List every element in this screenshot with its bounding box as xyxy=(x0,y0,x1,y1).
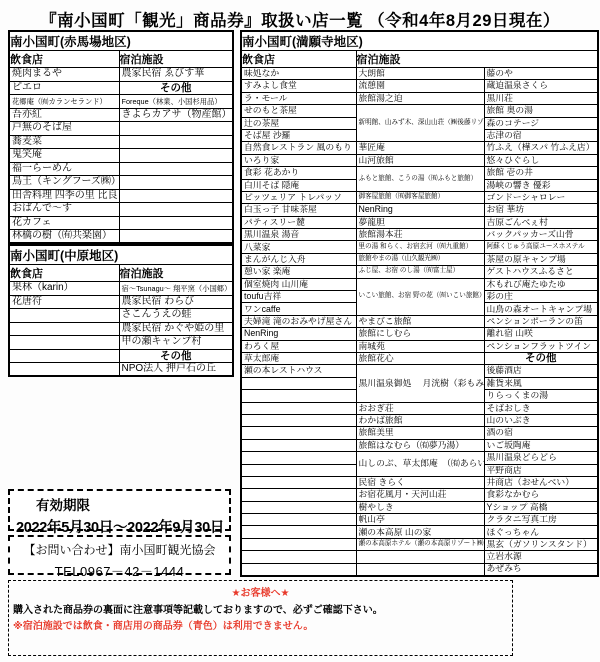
store-name-cell: 旅館 壱の井 xyxy=(484,167,598,179)
store-name-cell: 八菜家 xyxy=(241,241,356,253)
table-row: 旅館美里酒の宿 xyxy=(241,427,598,439)
store-name-cell: 憩い家 楽庵 xyxy=(241,266,356,278)
store-name-cell: わろく屋 xyxy=(241,340,356,352)
table-row: わろく屋南城苑ペンションフラットツイン xyxy=(241,340,598,352)
other-subheader: その他 xyxy=(119,349,233,363)
store-name-cell: 悠々ひぐらし xyxy=(484,154,598,166)
table-row: ラ・モール旅館湯之迫黒川荘 xyxy=(241,92,598,104)
column-header-restaurant: 飲食店 xyxy=(9,265,119,282)
store-name-cell: 茶屋の原キャンプ場 xyxy=(484,253,598,265)
store-name-cell: 農家民宿 わらび xyxy=(119,295,233,309)
store-name-cell xyxy=(356,551,484,563)
store-name-cell: 立岩水源 xyxy=(484,551,598,563)
store-name-cell xyxy=(119,203,233,217)
store-name-cell: パティスリー麓 xyxy=(241,216,356,228)
store-name-cell: ふもと旅館、こうの湯（㈲ふもと旅館） xyxy=(356,167,484,192)
store-name-cell: NenRing xyxy=(241,328,356,340)
store-name-cell: 民宿 きらく xyxy=(356,476,484,488)
notice-header: ★お客様へ★ xyxy=(9,584,512,599)
table-row: 福一らーめん xyxy=(9,162,233,176)
store-name-cell: 果林（karin） xyxy=(9,282,119,296)
store-name-cell: まんがんじ入舟 xyxy=(241,253,356,265)
store-name-cell xyxy=(119,162,233,176)
store-name-cell xyxy=(241,538,356,550)
store-name-cell xyxy=(119,149,233,163)
store-name-cell: 黒玄（ガソリンスタンド） xyxy=(484,538,598,550)
store-name-cell: 樹やしき xyxy=(356,501,484,513)
store-name-cell: クラタニ写真工房 xyxy=(484,514,598,526)
table-row: 瀬の本高原 山の家ほぐっちゃん xyxy=(241,526,598,538)
store-name-cell: 彩の庄 xyxy=(484,291,598,303)
table-row: 瀬の本高原ホテル（瀬の本高原リゾート㈱）黒玄（ガソリンスタンド） xyxy=(241,538,598,550)
store-name-cell: 南城苑 xyxy=(356,340,484,352)
document-page: 『南小国町「観光」商品券』取扱い店一覧 （令和4年8月29日現在） 南小国町(赤… xyxy=(0,0,600,662)
store-name-cell: 竹ふえ（樺スパ 竹ふえ店） xyxy=(484,142,598,154)
contact-phone: TEL0967－42－1444 xyxy=(10,561,229,580)
store-name-cell xyxy=(119,189,233,203)
store-name-cell: 食彩 花あかり xyxy=(241,167,356,179)
store-name-cell xyxy=(241,402,356,414)
customer-notice-box: ★お客様へ★ 購入された商品券の裏面に注意事項等記載しておりますので、必ずご確認… xyxy=(8,580,513,656)
store-name-cell: 白玉っ子 甘味茶屋 xyxy=(241,204,356,216)
table-row: まんがんじ入舟旅館やまの湯（山久観光㈱）茶屋の原キャンプ場 xyxy=(241,253,598,265)
table-row: 花カフェ xyxy=(9,216,233,230)
other-subheader: その他 xyxy=(119,81,233,95)
store-name-cell: いこい旅館、お宿 野の花（㈲いこい旅館） xyxy=(356,278,484,315)
column-header-row: 飲食店 宿泊施設 xyxy=(9,265,233,282)
table-row: ピッツェリア トレパッソ御客屋旅館（㈲御客屋旅館）ゴンドーシャロレー xyxy=(241,191,598,203)
region-header-row: 南小国町(赤馬場地区) xyxy=(9,31,233,51)
store-name-cell: 木もれび庵たゆたゆ xyxy=(484,278,598,290)
store-name-cell: 帆山亭 xyxy=(356,514,484,526)
store-name-cell xyxy=(241,377,356,389)
store-name-cell: ペンションポーランの笛 xyxy=(484,315,598,327)
store-name-cell: 花郷庵（㈲カランセランド） xyxy=(9,95,119,109)
table-row: 山しのぶ、草太郎庵 （㈲あらい）黒川温泉どらどら xyxy=(241,452,598,464)
store-name-cell: ゴンドーシャロレー xyxy=(484,191,598,203)
store-name-cell xyxy=(9,322,119,336)
store-name-cell xyxy=(119,122,233,136)
store-name-cell: 黒川荘 xyxy=(484,92,598,104)
store-name-cell: 山のいぶき xyxy=(484,414,598,426)
page-title: 『南小国町「観光」商品券』取扱い店一覧 （令和4年8月29日現在） xyxy=(0,7,600,31)
store-name-cell: おおぎ荘 xyxy=(356,402,484,414)
column-header-lodging: 宿泊施設 xyxy=(356,51,598,68)
column-header-lodging: 宿泊施設 xyxy=(119,51,233,68)
store-name-cell: ふじ屋、お宿 のし湯（㈲富士屋） xyxy=(356,266,484,278)
store-name-cell xyxy=(356,563,484,575)
table-row: いろり家山河旅館悠々ひぐらし xyxy=(241,154,598,166)
store-name-cell: 大朗館 xyxy=(356,68,484,80)
table-akabanba-district: 南小国町(赤馬場地区) 飲食店 宿泊施設 焼肉まるや農家民宿 ゑびす華ピエロその… xyxy=(8,30,234,244)
store-name-cell: 瀬の本レストハウス xyxy=(241,365,356,377)
store-name-cell: 吾亦紅 xyxy=(9,108,119,122)
store-name-cell: ピッツェリア トレパッソ xyxy=(241,191,356,203)
store-name-cell xyxy=(241,476,356,488)
column-header-row: 飲食店 宿泊施設 xyxy=(241,51,598,68)
store-name-cell xyxy=(241,464,356,476)
table-row: 八菜家里の湯 和らく、お宿玄河（㈲九重館）阿蘇くじゅう高原ユースホステル xyxy=(241,241,598,253)
contact-box: 【お問い合わせ】南小国町観光協会 TEL0967－42－1444 xyxy=(8,535,231,575)
table-nakabaru-district: 南小国町(中原地区) 飲食店 宿泊施設 果林（karin）宿～Tsunagu～ … xyxy=(8,244,234,377)
store-name-cell xyxy=(241,526,356,538)
store-name-cell: 井商店（おせんべい） xyxy=(484,476,598,488)
store-name-cell: 藤のや xyxy=(484,68,598,80)
store-name-cell: 食彩なかむら xyxy=(484,489,598,501)
region-header: 南小国町(満願寺地区) xyxy=(241,31,598,51)
store-name-cell: 離れ宿 山咲 xyxy=(484,328,598,340)
table-row: 立岩水源 xyxy=(241,551,598,563)
table-row: 戸無のそば屋 xyxy=(9,122,233,136)
store-name-cell xyxy=(119,216,233,230)
store-name-cell: 農家民宿 かぐや姫の里 xyxy=(119,322,233,336)
table-row: 農家民宿 かぐや姫の里 xyxy=(9,322,233,336)
table-row: その他 xyxy=(9,349,233,363)
table-row: 花郷庵（㈲カランセランド）Foreque（林業、小国杉用品） xyxy=(9,95,233,109)
table-row: 甲の瀬キャンプ村 xyxy=(9,336,233,350)
validity-period-box: 有効期限 2022年5月30日～2022年9月30日 xyxy=(8,489,231,531)
table-row: NPO法人 押戸石の丘 xyxy=(9,363,233,377)
store-name-cell: 花カフェ xyxy=(9,216,119,230)
store-name-cell: NenRing xyxy=(356,204,484,216)
table-row: おおぎ荘そばおしき xyxy=(241,402,598,414)
region-header: 南小国町(赤馬場地区) xyxy=(9,31,233,51)
store-name-cell: 華匠庵 xyxy=(356,142,484,154)
store-name-cell: 農家民宿 ゑびす華 xyxy=(119,68,233,82)
table-row: NenRing旅館にしむら離れ宿 山咲 xyxy=(241,328,598,340)
store-name-cell: いご坂陶庵 xyxy=(484,439,598,451)
store-name-cell xyxy=(241,489,356,501)
store-name-cell: 個室焼肉 山川庵 xyxy=(241,278,356,290)
table-row: あぜみち xyxy=(241,563,598,575)
table-row: 田舎料理 四季の里 比良 xyxy=(9,189,233,203)
table-row: お宿花風月・天河山荘食彩なかむら xyxy=(241,489,598,501)
column-header-row: 飲食店 宿泊施設 xyxy=(9,51,233,68)
store-name-cell: NPO法人 押戸石の丘 xyxy=(119,363,233,377)
store-name-cell: 旅館にしむら xyxy=(356,328,484,340)
store-name-cell: toufu吉祥 xyxy=(241,291,356,303)
store-name-cell: 宿～Tsunagu～ 翔平窯（小国郷） xyxy=(119,282,233,296)
store-name-cell: 辻の茶屋 xyxy=(241,117,356,129)
store-name-cell: 森のコテージ xyxy=(484,117,598,129)
store-name-cell: ピエロ xyxy=(9,81,119,95)
store-name-cell: 御客屋旅館（㈲御客屋旅館） xyxy=(356,191,484,203)
store-name-cell: ペンションフラットツイン xyxy=(484,340,598,352)
table-row: せのもと茶屋新明館、山みず木、深山山荘（㈱後藤リゾート）旅館 奥の湯 xyxy=(241,105,598,117)
store-name-cell xyxy=(241,501,356,513)
table-row: 花唐符農家民宿 わらび xyxy=(9,295,233,309)
store-name-cell: 山河旅館 xyxy=(356,154,484,166)
store-name-cell xyxy=(119,135,233,149)
store-name-cell: ラ・モール xyxy=(241,92,356,104)
store-name-cell: お宿花風月・天河山荘 xyxy=(356,489,484,501)
store-name-cell: 田舎料理 四季の里 比良 xyxy=(9,189,119,203)
store-name-cell: 白川そば 隠庵 xyxy=(241,179,356,191)
table-row: さこんうえの蛙 xyxy=(9,309,233,323)
table-row: わかば旅館山のいぶき xyxy=(241,414,598,426)
table-row: 林檎の樹（㈲共楽園） xyxy=(9,230,233,244)
store-name-cell: 福一らーめん xyxy=(9,162,119,176)
store-name-cell: 後藤酒店 xyxy=(484,365,598,377)
store-name-cell: 湯峡の響き 優彩 xyxy=(484,179,598,191)
table-row: 個室焼肉 山川庵いこい旅館、お宿 野の花（㈲いこい旅館）木もれび庵たゆたゆ xyxy=(241,278,598,290)
store-name-cell: 瀬の本高原 山の家 xyxy=(356,526,484,538)
contact-organization: 【お問い合わせ】南小国町観光協会 xyxy=(10,541,229,558)
store-name-cell: 蔵迫温泉さくら xyxy=(484,80,598,92)
table-row: 焼肉まるや農家民宿 ゑびす華 xyxy=(9,68,233,82)
store-name-cell: きよらカアサ（物産館） xyxy=(119,108,233,122)
store-name-cell: せのもと茶屋 xyxy=(241,105,356,117)
store-name-cell: 旅館美里 xyxy=(356,427,484,439)
store-name-cell xyxy=(241,439,356,451)
store-name-cell: 平野商店 xyxy=(484,464,598,476)
store-name-cell: 旅館湯本荘 xyxy=(356,229,484,241)
table-row: 憩い家 楽庵ふじ屋、お宿 のし湯（㈲富士屋）ゲストハウスふるさと xyxy=(241,266,598,278)
store-name-cell: 山鳥の森オートキャンプ場 xyxy=(484,303,598,315)
store-name-cell xyxy=(241,514,356,526)
store-name-cell: 旅館やまの湯（山久観光㈱） xyxy=(356,253,484,265)
store-name-cell xyxy=(241,427,356,439)
table-row: 草太郎庵旅館花心その他 xyxy=(241,352,598,364)
validity-period: 2022年5月30日～2022年9月30日 xyxy=(16,516,229,537)
table-row: 鳥王（キングフーズ㈱） xyxy=(9,176,233,190)
table-row: 樹やしきYショップ 高橋 xyxy=(241,501,598,513)
store-name-cell xyxy=(241,414,356,426)
table-row: 夫婦滝 滝のおみやげ屋さんやまびこ旅館ペンションポーランの笛 xyxy=(241,315,598,327)
store-name-cell: わかば旅館 xyxy=(356,414,484,426)
store-name-cell: 鬼笑庵 xyxy=(9,149,119,163)
store-name-cell: あぜみち xyxy=(484,563,598,575)
table-row: 吾亦紅きよらカアサ（物産館） xyxy=(9,108,233,122)
table-row: 食彩 花あかりふもと旅館、こうの湯（㈲ふもと旅館）旅館 壱の井 xyxy=(241,167,598,179)
table-row: 白玉っ子 甘味茶屋NenRingお宿 華坊 xyxy=(241,204,598,216)
table-row: 鬼笑庵 xyxy=(9,149,233,163)
store-name-cell: 旅館花心 xyxy=(356,352,484,364)
store-name-cell: いろり家 xyxy=(241,154,356,166)
store-name-cell: 鳥王（キングフーズ㈱） xyxy=(9,176,119,190)
store-name-cell: 旅館 奥の湯 xyxy=(484,105,598,117)
table-row: 民宿 きらく井商店（おせんべい） xyxy=(241,476,598,488)
store-name-cell xyxy=(241,390,356,402)
notice-line-1: 購入された商品券の裏面に注意事項等記載しておりますので、必ずご確認下さい。 xyxy=(13,601,512,616)
store-name-cell: Yショップ 高橋 xyxy=(484,501,598,513)
table-row: 黒川温泉 湯音旅館湯本荘バックパッカーズ山骨 xyxy=(241,229,598,241)
store-name-cell: さこんうえの蛙 xyxy=(119,309,233,323)
store-name-cell: 酒の宿 xyxy=(484,427,598,439)
store-name-cell: ゲストハウスふるさと xyxy=(484,266,598,278)
table-row: 蕎麦菜 xyxy=(9,135,233,149)
region-header-row: 南小国町(中原地区) xyxy=(9,245,233,265)
store-name-cell: 旅館湯之迫 xyxy=(356,92,484,104)
store-name-cell: やまびこ旅館 xyxy=(356,315,484,327)
table-row: 味処なか大朗館藤のや xyxy=(241,68,598,80)
store-name-cell xyxy=(241,452,356,464)
store-name-cell: 自然食レストラン 風のもり xyxy=(241,142,356,154)
table-manganji-district: 南小国町(満願寺地区) 飲食店 宿泊施設 味処なか大朗館藤のやすみよし食堂流憩園… xyxy=(240,30,599,577)
store-name-cell xyxy=(119,230,233,244)
validity-heading: 有効期限 xyxy=(36,494,229,514)
store-name-cell: 志津の宿 xyxy=(484,129,598,141)
store-name-cell: 里の湯 和らく、お宿玄河（㈲九重館） xyxy=(356,241,484,253)
store-name-cell: 甲の瀬キャンプ村 xyxy=(119,336,233,350)
store-name-cell: ほぐっちゃん xyxy=(484,526,598,538)
store-name-cell xyxy=(9,363,119,377)
table-row: パティスリー麓夢龍胆吉原ごんべぇ村 xyxy=(241,216,598,228)
table-row: 自然食レストラン 風のもり華匠庵竹ふえ（樺スパ 竹ふえ店） xyxy=(241,142,598,154)
store-name-cell: 林檎の樹（㈲共楽園） xyxy=(9,230,119,244)
store-name-cell: すみよし食堂 xyxy=(241,80,356,92)
store-name-cell xyxy=(9,336,119,350)
store-name-cell xyxy=(9,349,119,363)
store-name-cell: おばんで～す xyxy=(9,203,119,217)
store-name-cell: 山しのぶ、草太郎庵 （㈲あらい） xyxy=(356,452,484,477)
store-name-cell: 戸無のそば屋 xyxy=(9,122,119,136)
store-name-cell: 吉原ごんべぇ村 xyxy=(484,216,598,228)
notice-line-2: ※宿泊施設では飲食・商店用の商品券（青色）は利用できません。 xyxy=(13,617,512,632)
store-name-cell: 新明館、山みず木、深山山荘（㈱後藤リゾート） xyxy=(356,105,484,142)
store-name-cell xyxy=(241,551,356,563)
store-name-cell: 瀬の本高原ホテル（瀬の本高原リゾート㈱） xyxy=(356,538,484,550)
store-name-cell: そば屋 沙羅 xyxy=(241,129,356,141)
store-name-cell: 阿蘇くじゅう高原ユースホステル xyxy=(484,241,598,253)
table-row: 瀬の本レストハウス黒川温泉御処 月洸樹（彩もみぢ）後藤酒店 xyxy=(241,365,598,377)
column-header-restaurant: 飲食店 xyxy=(241,51,356,68)
store-name-cell: 夫婦滝 滝のおみやげ屋さん xyxy=(241,315,356,327)
region-header: 南小国町(中原地区) xyxy=(9,245,233,265)
table-row: 果林（karin）宿～Tsunagu～ 翔平窯（小国郷） xyxy=(9,282,233,296)
store-name-cell: 蕎麦菜 xyxy=(9,135,119,149)
store-name-cell xyxy=(241,563,356,575)
region-header-row: 南小国町(満願寺地区) xyxy=(241,31,598,51)
store-name-cell: 流憩園 xyxy=(356,80,484,92)
other-subheader: その他 xyxy=(484,352,598,364)
store-name-cell: 雑貨来風 xyxy=(484,377,598,389)
store-name-cell: Foreque（林業、小国杉用品） xyxy=(119,95,233,109)
store-name-cell xyxy=(9,309,119,323)
column-header-lodging: 宿泊施設 xyxy=(119,265,233,282)
store-name-cell: 草太郎庵 xyxy=(241,352,356,364)
store-name-cell: 味処なか xyxy=(241,68,356,80)
store-name-cell: 旅館はなむら（㈲夢乃湯） xyxy=(356,439,484,451)
store-name-cell: 焼肉まるや xyxy=(9,68,119,82)
table-row: 帆山亭クラタニ写真工房 xyxy=(241,514,598,526)
store-name-cell: りらっくまの湯 xyxy=(484,390,598,402)
store-name-cell: 黒川温泉どらどら xyxy=(484,452,598,464)
store-name-cell: 夢龍胆 xyxy=(356,216,484,228)
store-name-cell: 花唐符 xyxy=(9,295,119,309)
store-name-cell: 黒川温泉 湯音 xyxy=(241,229,356,241)
store-name-cell: バックパッカーズ山骨 xyxy=(484,229,598,241)
store-name-cell: お宿 華坊 xyxy=(484,204,598,216)
store-name-cell xyxy=(119,176,233,190)
store-name-cell: 黒川温泉御処 月洸樹（彩もみぢ） xyxy=(356,365,484,402)
table-row: 旅館はなむら（㈲夢乃湯）いご坂陶庵 xyxy=(241,439,598,451)
table-row: すみよし食堂流憩園蔵迫温泉さくら xyxy=(241,80,598,92)
store-name-cell: ワンcaffe xyxy=(241,303,356,315)
table-row: おばんで～す xyxy=(9,203,233,217)
column-header-restaurant: 飲食店 xyxy=(9,51,119,68)
table-row: ピエロその他 xyxy=(9,81,233,95)
store-name-cell: そばおしき xyxy=(484,402,598,414)
